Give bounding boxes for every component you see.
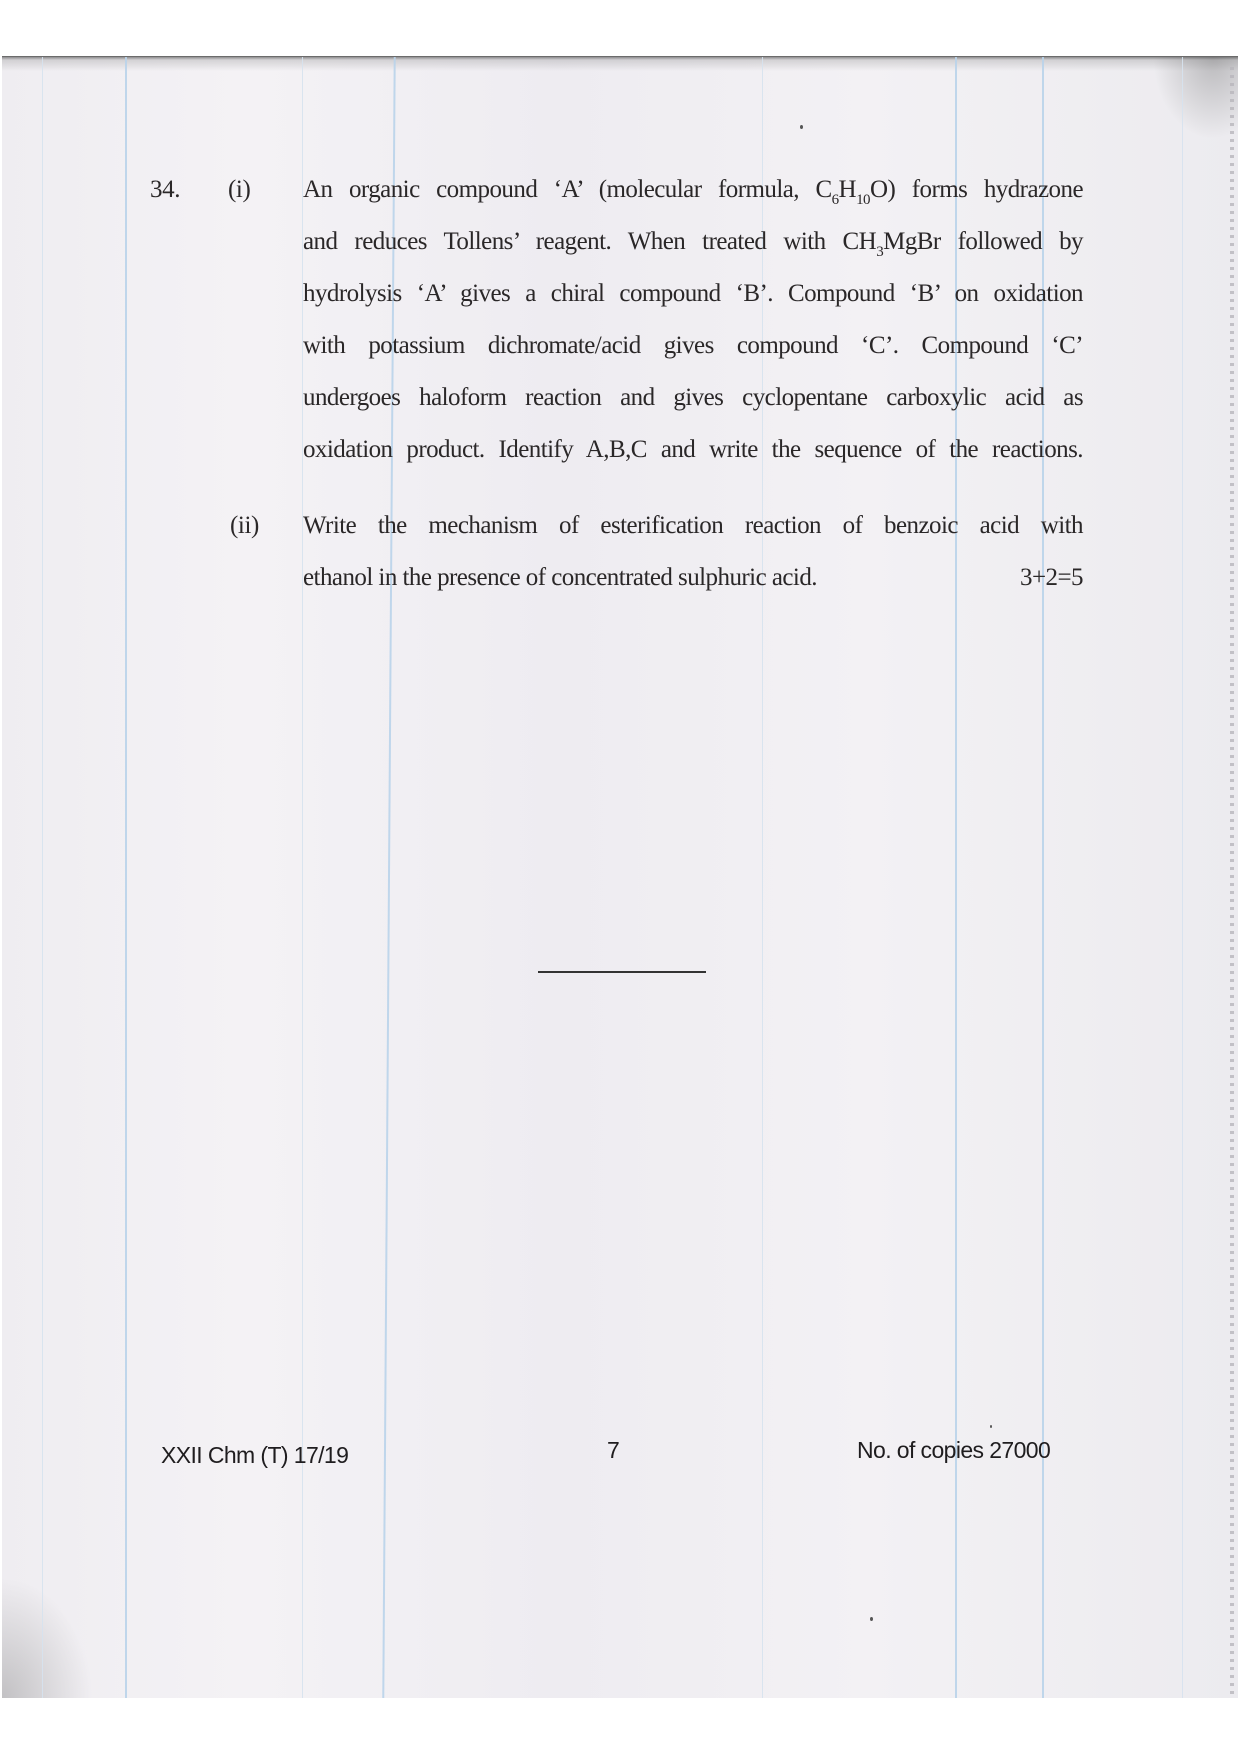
marks-allocation: 3+2=5: [1020, 552, 1083, 604]
question-part-i-text: An organic compound ‘A’ (molecular formu…: [303, 164, 1083, 476]
part-label-ii: (ii): [230, 500, 259, 552]
question-number: 34.: [150, 164, 180, 216]
question-line: and reduces Tollens’ reagent. When treat…: [303, 216, 1083, 268]
paper-code: XXII Chm (T) 17/19: [161, 1442, 348, 1469]
scan-speck: [800, 125, 803, 129]
question-part-ii-text: Write the mechanism of esterification re…: [303, 500, 1083, 604]
page-number: 7: [607, 1437, 619, 1464]
ruled-line: [1182, 57, 1183, 1698]
end-of-paper-divider: [538, 971, 706, 973]
question-line: undergoes haloform reaction and gives cy…: [303, 372, 1083, 424]
ruled-line: [125, 57, 127, 1698]
scan-speck: [870, 1617, 873, 1621]
scan-speck: [990, 1425, 992, 1428]
part-label-i: (i): [228, 164, 250, 216]
question-line: An organic compound ‘A’ (molecular formu…: [303, 164, 1083, 216]
perforated-edge: [1230, 67, 1234, 1698]
ruled-line: [42, 57, 43, 1698]
question-line: hydrolysis ‘A’ gives a chiral compound ‘…: [303, 268, 1083, 320]
question-line: Write the mechanism of esterification re…: [303, 500, 1083, 552]
question-line: with potassium dichromate/acid gives com…: [303, 320, 1083, 372]
question-line: ethanol in the presence of concentrated …: [303, 552, 1083, 604]
question-line: oxidation product. Identify A,B,C and wr…: [303, 424, 1083, 476]
copies-count: No. of copies 27000: [857, 1437, 1050, 1464]
